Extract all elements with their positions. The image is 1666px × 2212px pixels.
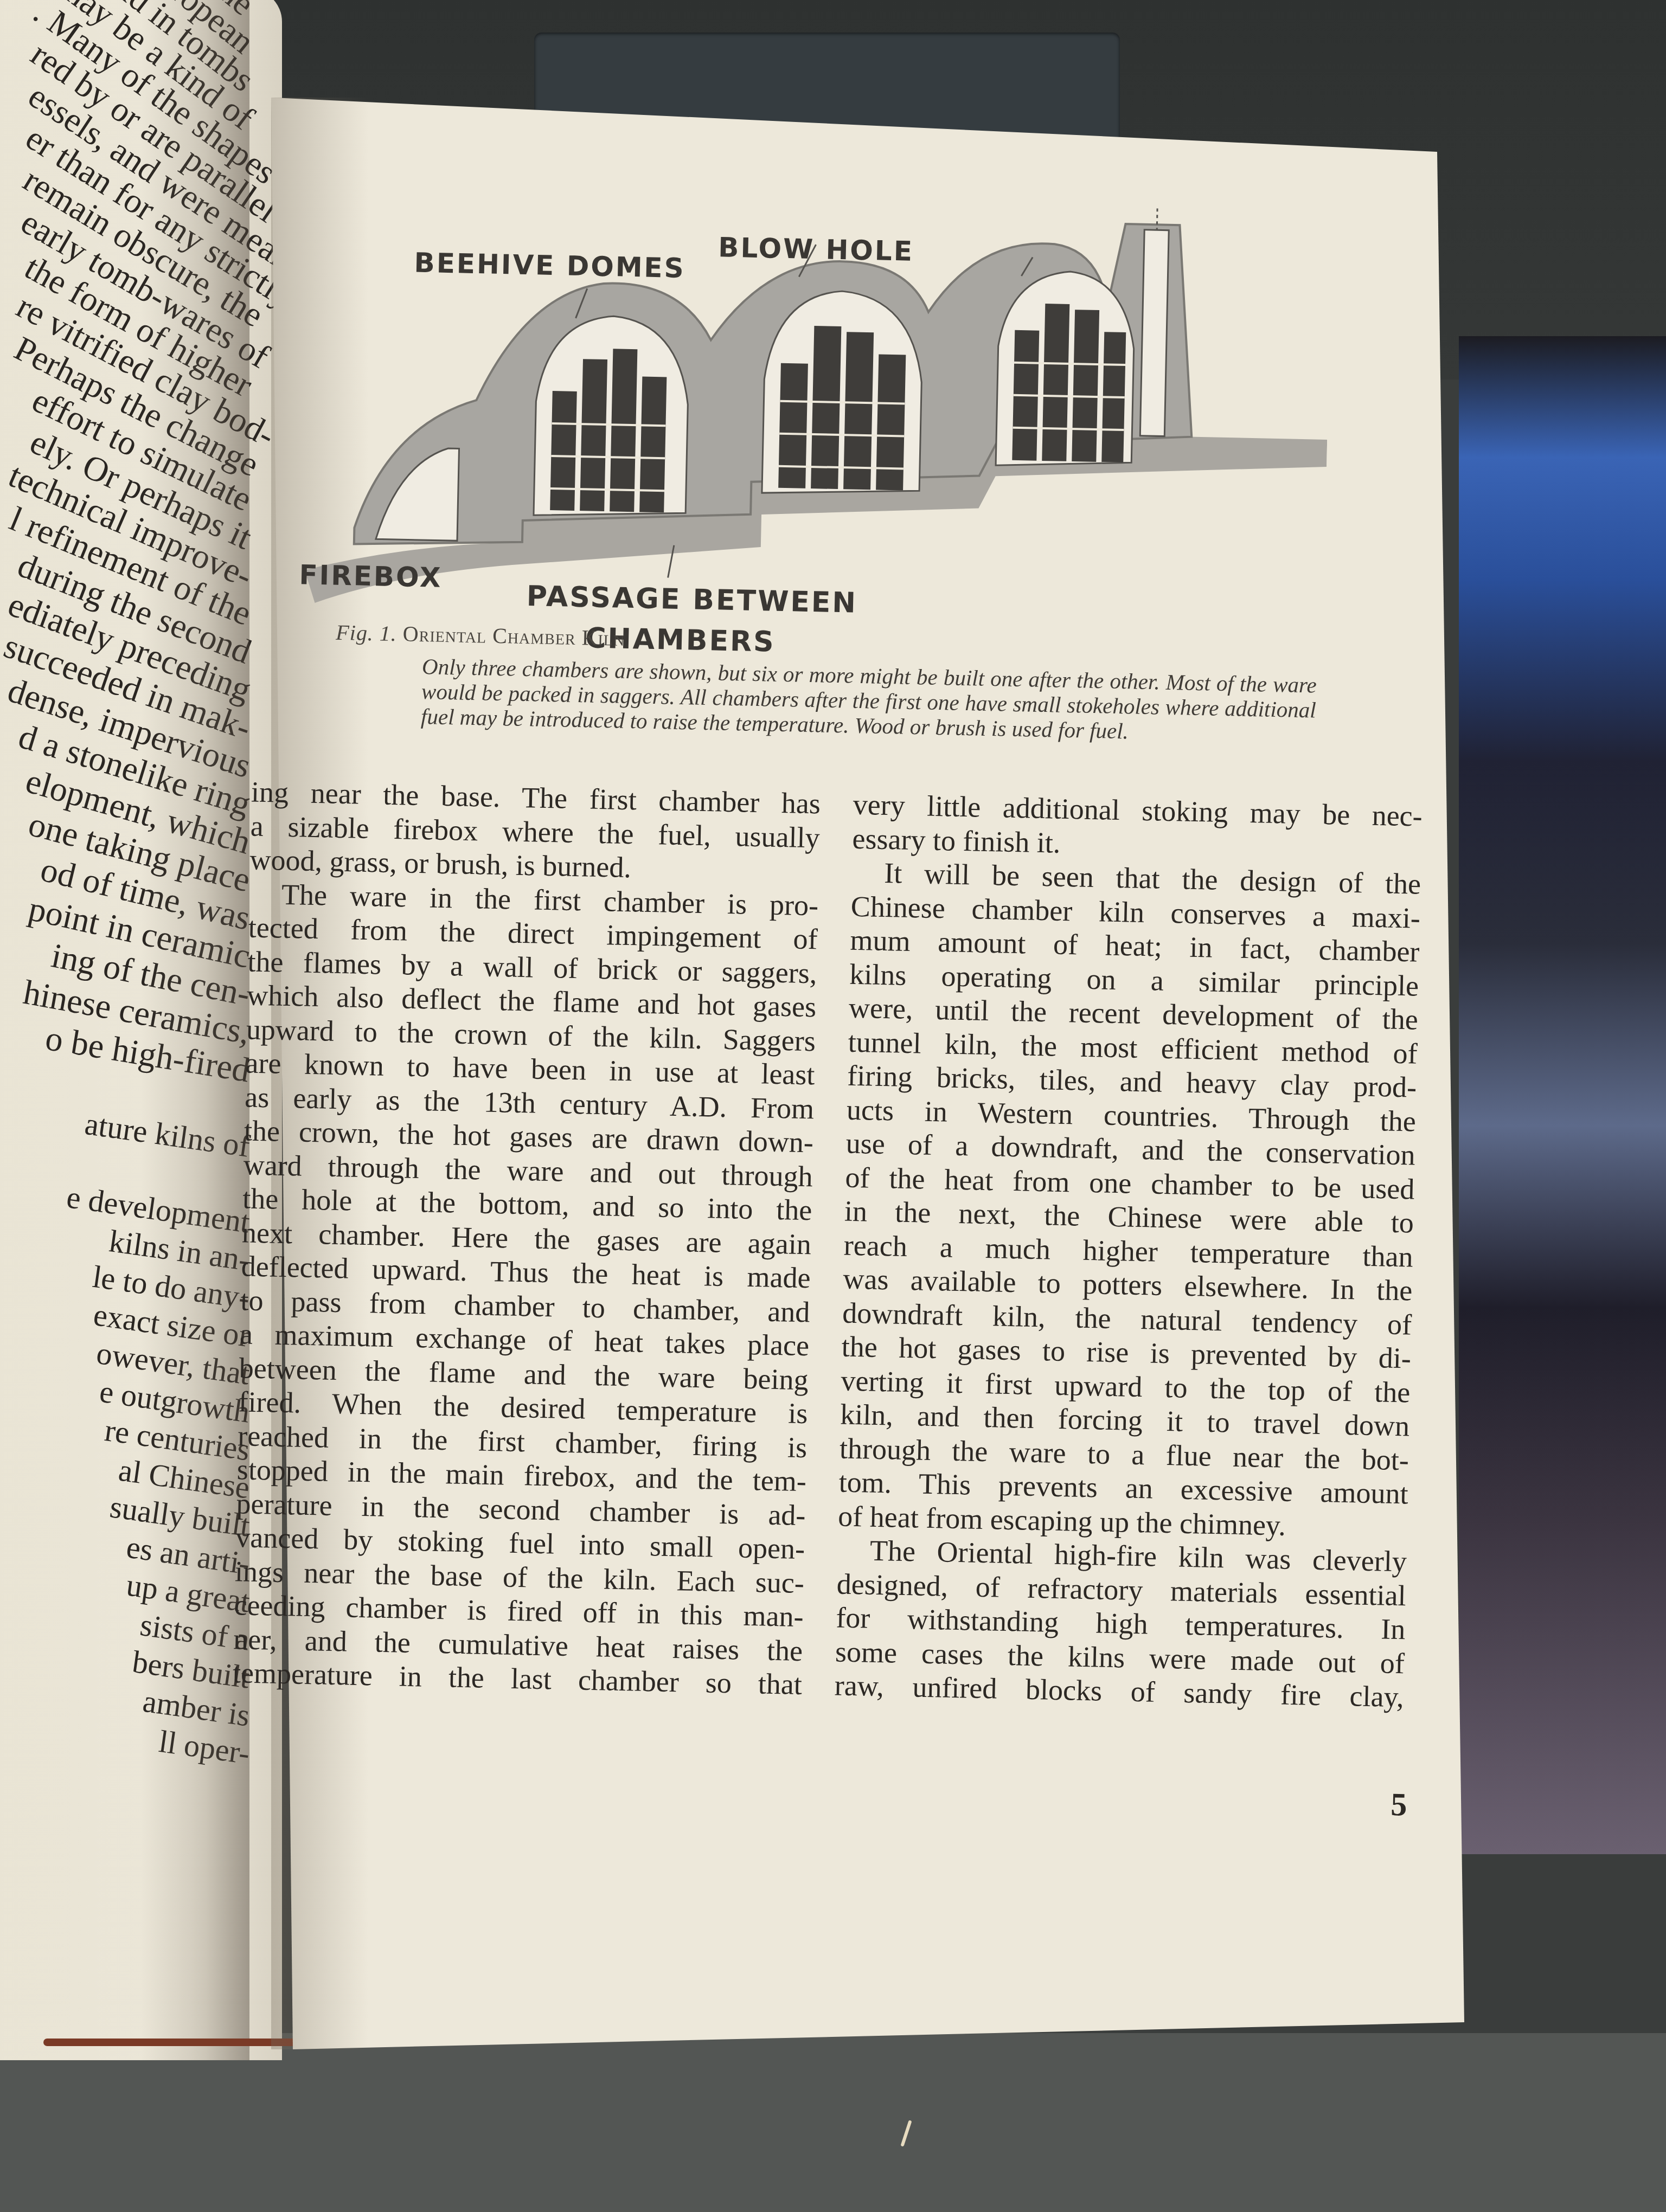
page-content: BEEHIVE DOMES BLOW HOLE FIREBOX PASSAGE … [230, 98, 1464, 2074]
text-column-right: very little additional stoking may be ne… [834, 788, 1422, 1714]
text-column-left: ing near the base. The first chamber has… [232, 775, 821, 1702]
page-number: 5 [1391, 1786, 1407, 1824]
figure-number: Fig. 1. [336, 620, 397, 646]
label-passage-line1: PASSAGE BETWEEN [526, 580, 857, 620]
label-beehive-domes: BEEHIVE DOMES [414, 247, 685, 284]
figure-title: Oriental Chamber Kiln [402, 621, 625, 651]
label-blow-hole: BLOW HOLE [718, 232, 914, 267]
label-firebox: FIREBOX [299, 559, 443, 594]
background-book-photo [1459, 336, 1666, 1854]
left-page-gutter-shadow [141, 0, 249, 2060]
